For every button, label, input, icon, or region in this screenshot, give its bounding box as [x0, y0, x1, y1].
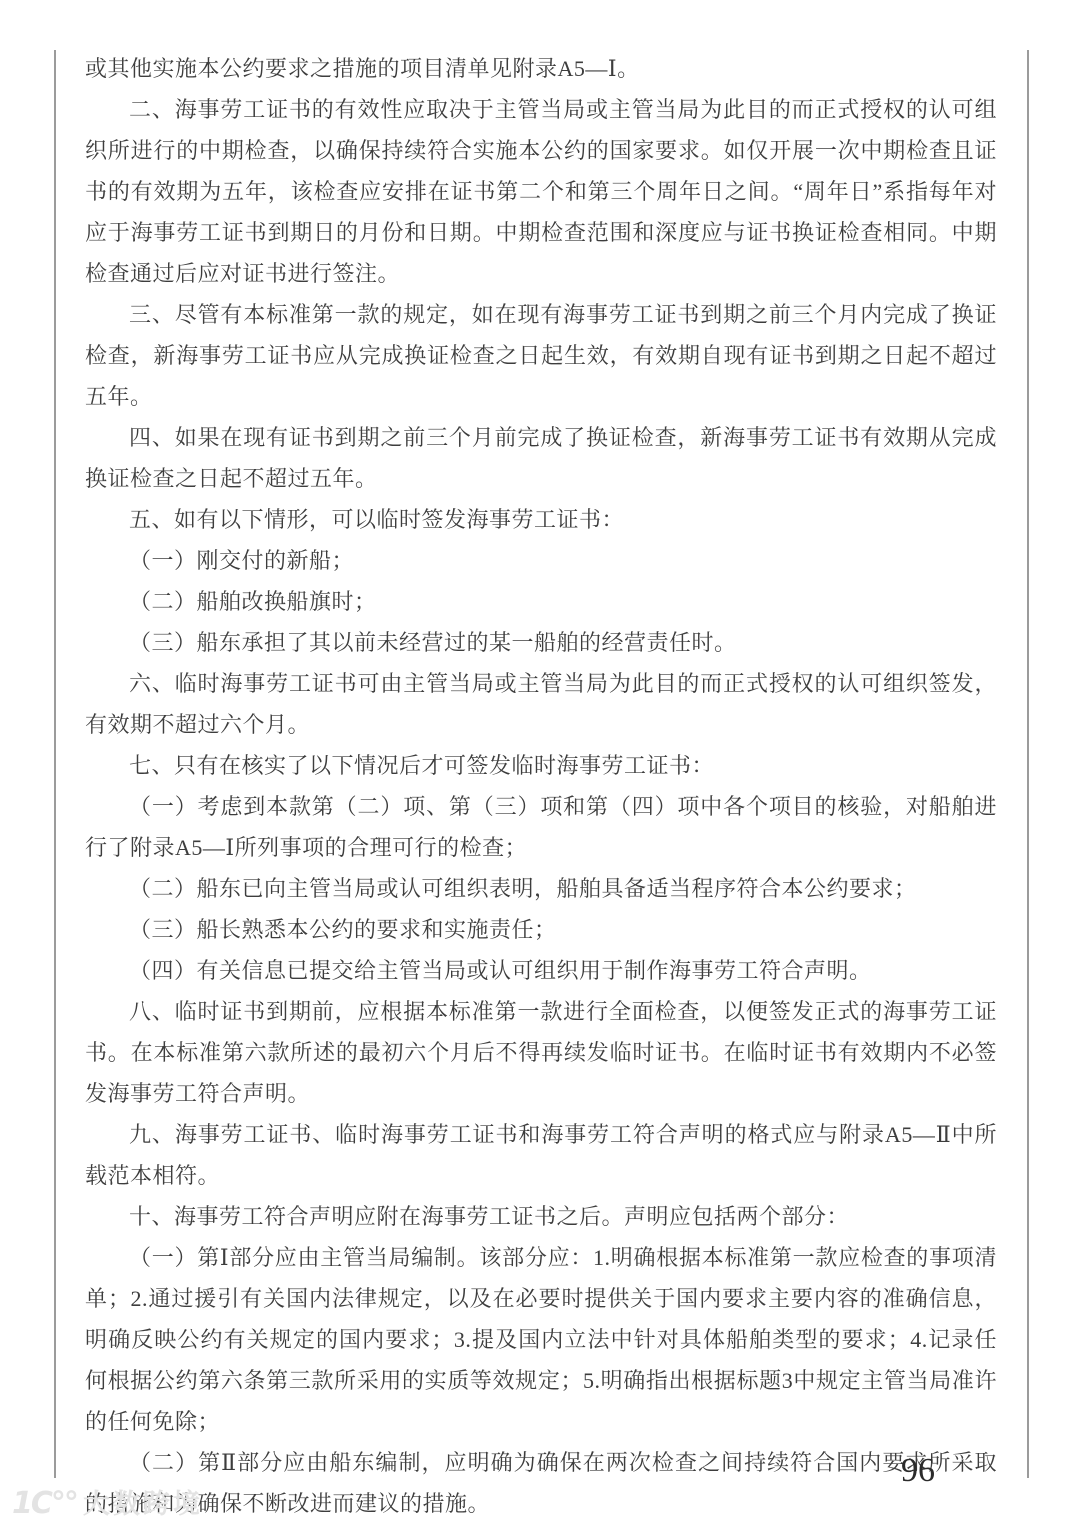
document-page: 或其他实施本公约要求之措施的项目清单见附录A5—Ⅰ。 二、海事劳工证书的有效性应… [0, 0, 1080, 1528]
paragraph: 六、临时海事劳工证书可由主管当局或主管当局为此目的而正式授权的认可组织签发，有效… [85, 663, 997, 745]
paragraph: 三、尽管有本标准第一款的规定，如在现有海事劳工证书到期之前三个月内完成了换证检查… [85, 294, 997, 417]
paragraph: 九、海事劳工证书、临时海事劳工证书和海事劳工符合声明的格式应与附录A5—Ⅱ中所载… [85, 1114, 997, 1196]
paragraph: 四、如果在现有证书到期之前三个月前完成了换证检查，新海事劳工证书有效期从完成换证… [85, 417, 997, 499]
paragraph: 五、如有以下情形，可以临时签发海事劳工证书： [85, 499, 997, 540]
paragraph: 八、临时证书到期前，应根据本标准第一款进行全面检查，以便签发正式的海事劳工证书。… [85, 991, 997, 1114]
paragraph: （三）船长熟悉本公约的要求和实施责任； [85, 909, 997, 950]
paragraph: （一）刚交付的新船； [85, 540, 997, 581]
paragraph: （一）第Ⅰ部分应由主管当局编制。该部分应：1.明确根据本标准第一款应检查的事项清… [85, 1237, 997, 1442]
paragraph: （三）船东承担了其以前未经营过的某一船舶的经营责任时。 [85, 622, 997, 663]
paragraph: （二）船舶改换船旗时； [85, 581, 997, 622]
watermark-label: 大数跨境 [83, 1482, 203, 1521]
paragraph: （二）船东已向主管当局或认可组织表明，船舶具备适当程序符合本公约要求； [85, 868, 997, 909]
page-number: 96 [896, 1452, 940, 1490]
right-margin-rule [1027, 50, 1029, 1478]
paragraph: 二、海事劳工证书的有效性应取决于主管当局或主管当局为此目的而正式授权的认可组织所… [85, 89, 997, 294]
watermark: 1C°° 大数跨境 [12, 1482, 203, 1521]
dashu-kuajing-logo-icon: 1C°° [12, 1486, 77, 1521]
document-body: 或其他实施本公约要求之措施的项目清单见附录A5—Ⅰ。 二、海事劳工证书的有效性应… [85, 48, 997, 1524]
paragraph: （一）考虑到本款第（二）项、第（三）项和第（四）项中各个项目的核验，对船舶进行了… [85, 786, 997, 868]
paragraph: 十、海事劳工符合声明应附在海事劳工证书之后。声明应包括两个部分： [85, 1196, 997, 1237]
left-margin-rule [54, 50, 56, 1478]
paragraph: 七、只有在核实了以下情况后才可签发临时海事劳工证书： [85, 745, 997, 786]
paragraph: （二）第Ⅱ部分应由船东编制，应明确为确保在两次检查之间持续符合国内要求所采取的措… [85, 1442, 997, 1524]
paragraph: （四）有关信息已提交给主管当局或认可组织用于制作海事劳工符合声明。 [85, 950, 997, 991]
paragraph: 或其他实施本公约要求之措施的项目清单见附录A5—Ⅰ。 [85, 48, 997, 89]
